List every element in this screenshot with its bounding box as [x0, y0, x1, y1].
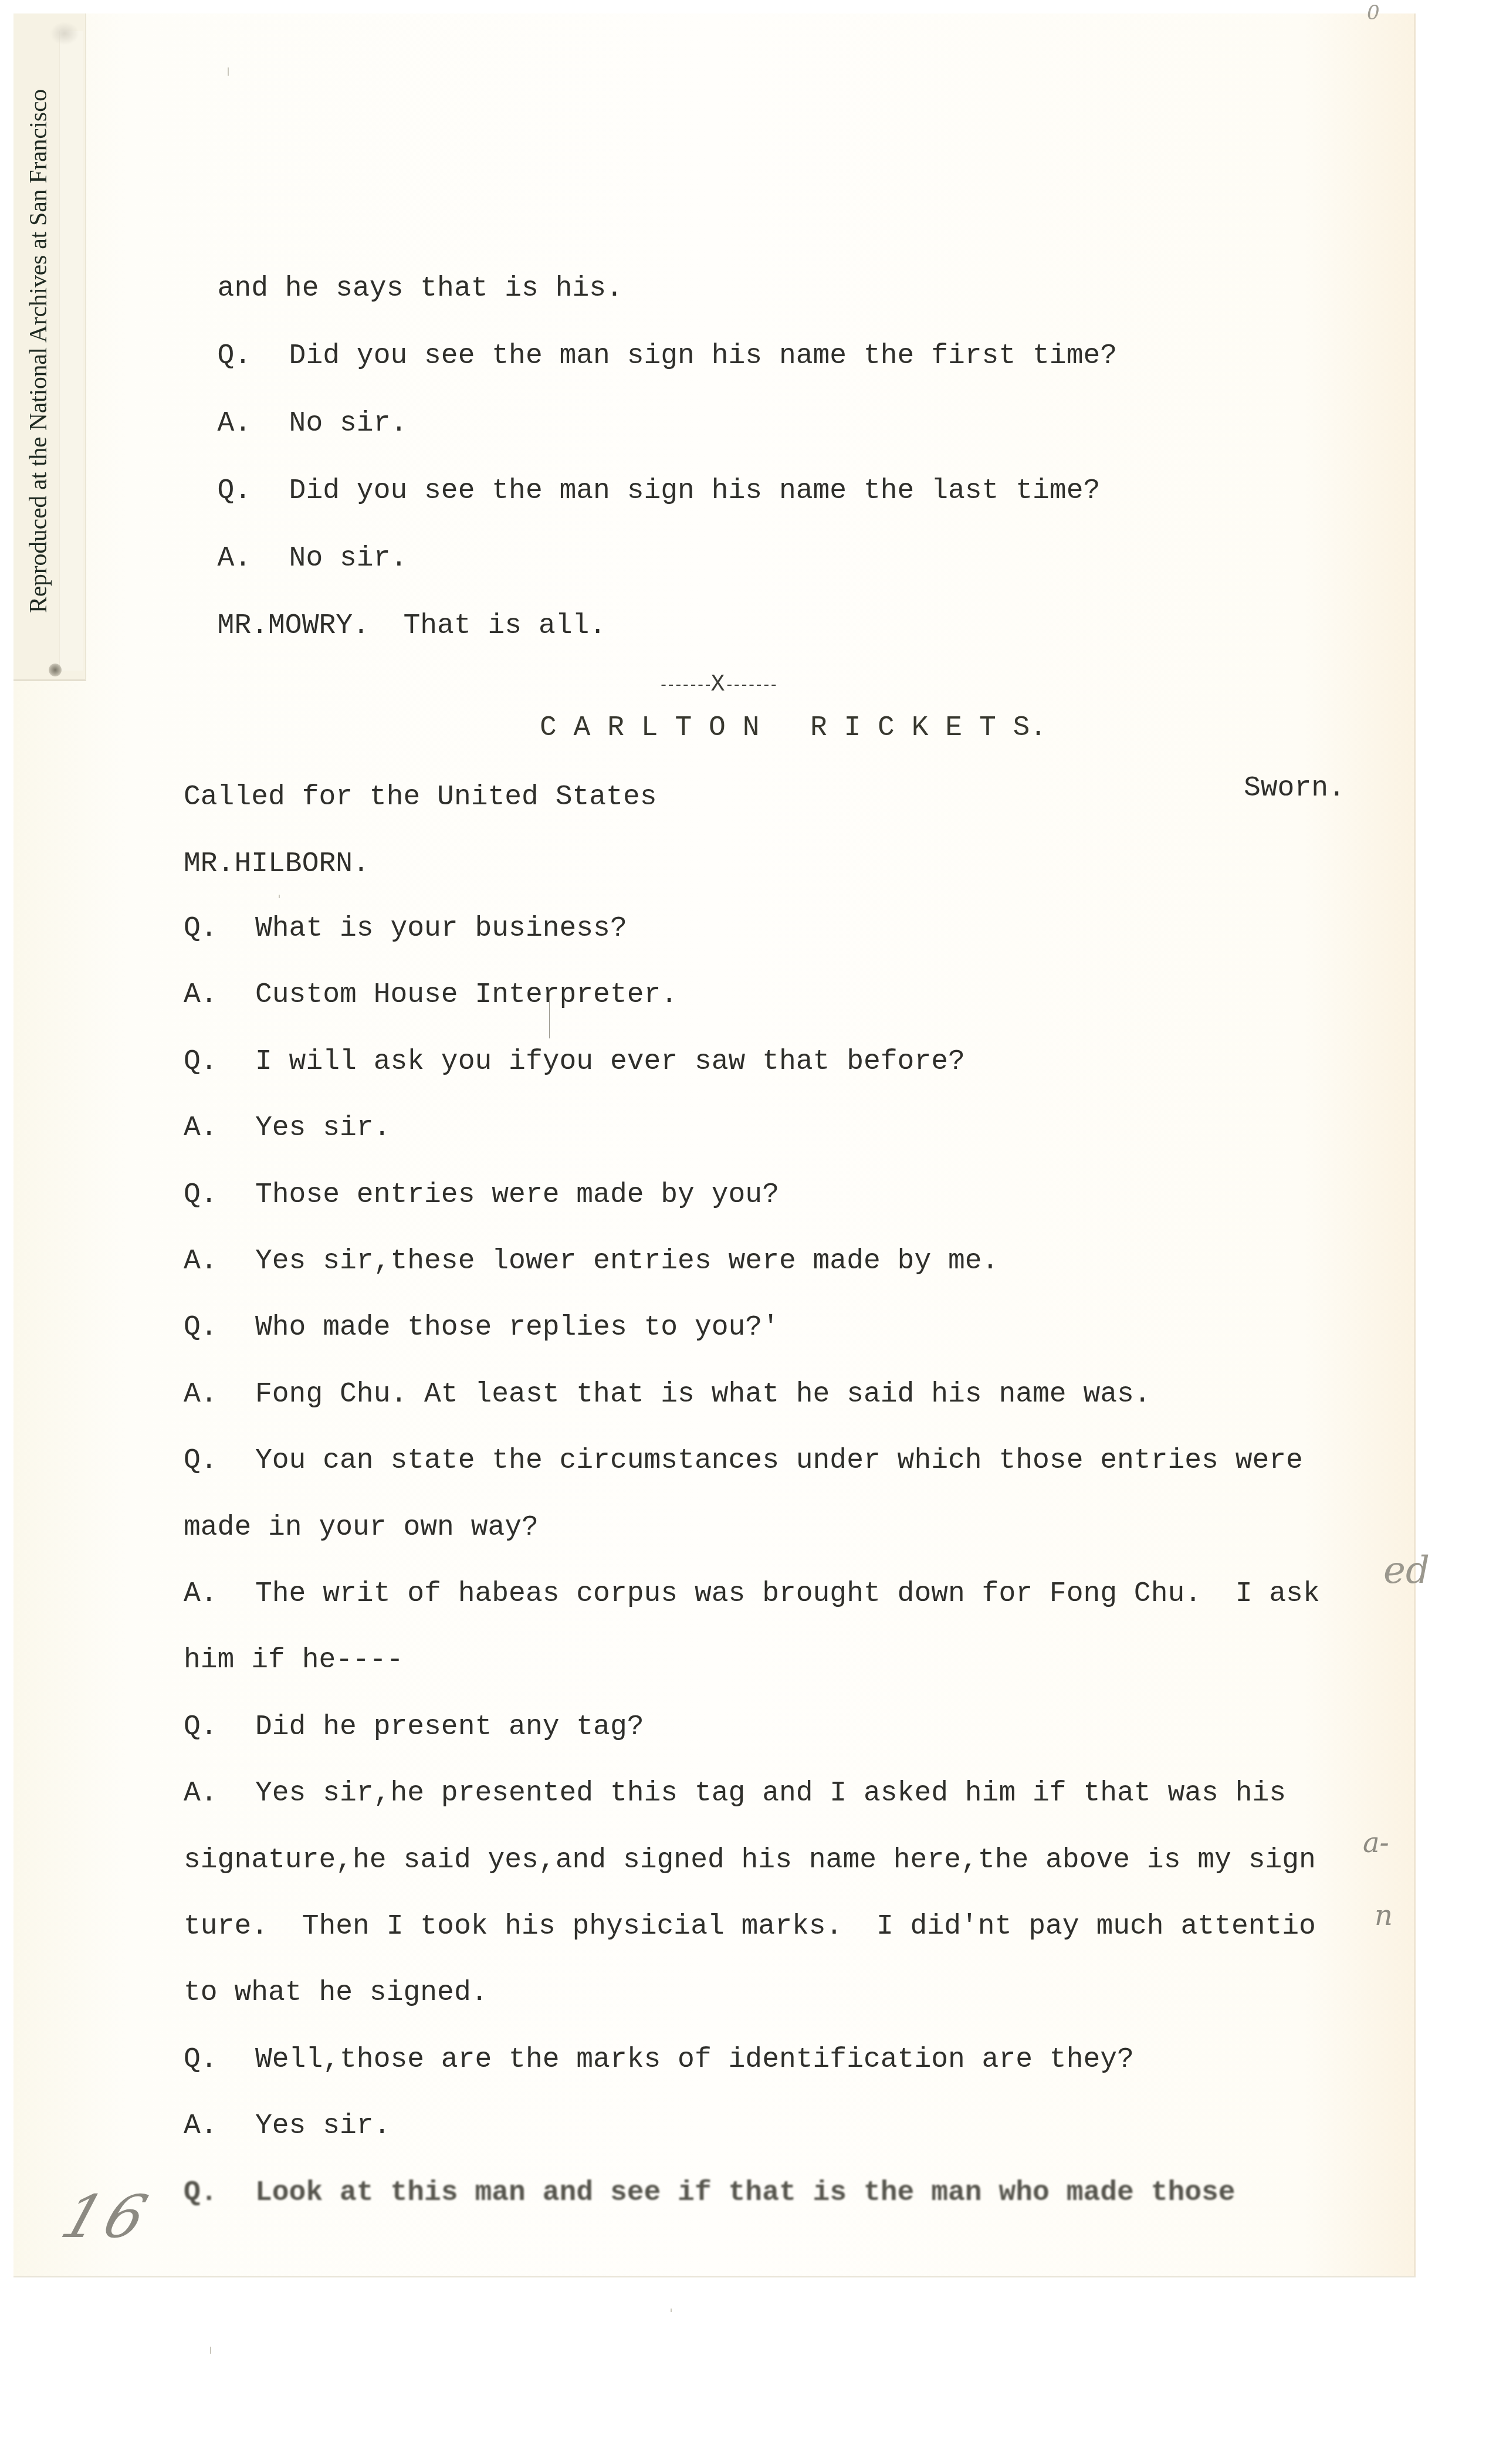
transcript-line: made in your own way?	[184, 1514, 539, 1542]
line-label: A.	[184, 2112, 255, 2140]
line-text: Did you see the man sign his name the fi…	[289, 340, 1117, 372]
line-text: Well,those are the marks of identificati…	[255, 2044, 1134, 2076]
line-label: Q.	[218, 342, 289, 370]
section-separator: -------X-------	[644, 657, 777, 696]
line-label: Q.	[184, 2046, 255, 2074]
line-label: A.	[184, 1779, 255, 1808]
pencil-corner-mark: 0	[1367, 1, 1380, 25]
transcript-line: to what he signed.	[184, 1979, 488, 2007]
transcript-line: A.Fong Chu. At least that is what he sai…	[184, 1380, 1151, 1409]
line-text: No sir.	[289, 543, 408, 574]
line-label: Q.	[184, 1447, 255, 1475]
line-label: Q.	[218, 477, 289, 505]
transcript-line: A.Custom House Interpreter.	[184, 981, 678, 1009]
line-label: A.	[184, 1247, 255, 1275]
line-text: ture. Then I took his physicial marks. I…	[184, 1911, 1316, 1942]
pencil-correction-attention: n	[1375, 1899, 1393, 1932]
pencil-correction-asked: ed	[1383, 1549, 1430, 1592]
line-text: Look at this man and see if that is the …	[255, 2177, 1236, 2209]
line-text: him if he----	[184, 1644, 403, 1676]
transcript-line: A.Yes sir.	[184, 1114, 390, 1142]
archive-stamp-text: Reproduced at the National Archives at S…	[25, 82, 53, 613]
transcript-line: Q.Did he present any tag?	[184, 1713, 644, 1741]
transcript-line: Q.Look at this man and see if that is th…	[184, 2179, 1236, 2207]
line-text: Fong Chu. At least that is what he said …	[255, 1379, 1151, 1410]
line-label: A.	[184, 1380, 255, 1409]
transcript-line: A.Yes sir,these lower entries were made …	[184, 1247, 999, 1275]
line-label: A.	[184, 1580, 255, 1608]
line-label: Q.	[184, 2179, 255, 2207]
line-text: and he says that is his.	[218, 273, 623, 304]
line-label: Q.	[184, 1314, 255, 1342]
separator-dashes-left: -------	[659, 676, 710, 694]
speck	[671, 2309, 672, 2312]
transcript-line: Q.Who made those replies to you?'	[184, 1314, 779, 1342]
line-label: A.	[184, 1114, 255, 1142]
line-text: You can state the circumstances under wh…	[255, 1445, 1303, 1477]
transcript-line: A.No sir.	[184, 516, 407, 573]
line-text: to what he signed.	[184, 1977, 488, 2009]
transcript-line: and he says that is his.	[184, 246, 623, 303]
transcript-line: him if he----	[184, 1646, 403, 1674]
witness-heading: C A R L T O N R I C K E T S.	[540, 714, 1047, 742]
line-text: Yes sir,these lower entries were made by…	[255, 1245, 999, 1277]
pencil-correction-signa: a-	[1363, 1826, 1389, 1859]
transcript-line: signature,he said yes,and signed his nam…	[184, 1846, 1316, 1874]
transcript-line: A.Yes sir.	[184, 2112, 390, 2140]
speck	[228, 67, 229, 76]
line-text: Yes sir,he presented this tag and I aske…	[255, 1778, 1286, 1809]
line-text: Who made those replies to you?'	[255, 1312, 779, 1343]
line-text: No sir.	[289, 408, 408, 439]
speck	[279, 895, 280, 898]
transcript-line: A.Yes sir,he presented this tag and I as…	[184, 1779, 1286, 1808]
smudge-mark	[49, 664, 62, 676]
line-text: Yes sir.	[255, 2110, 390, 2142]
called-line: Called for the United States	[184, 783, 657, 811]
line-text: Custom House Interpreter.	[255, 979, 678, 1011]
smudge-mark	[50, 22, 79, 45]
line-text: Did you see the man sign his name the la…	[289, 475, 1101, 507]
speck	[210, 2347, 211, 2354]
tape-edge	[59, 31, 83, 671]
line-text: The writ of habeas corpus was brought do…	[255, 1578, 1320, 1610]
separator-x-mark: X	[710, 672, 725, 698]
separator-dashes-right: -------	[725, 676, 776, 694]
transcript-line: Q.Those entries were made by you?	[184, 1181, 779, 1209]
transcript-line: ture. Then I took his physicial marks. I…	[184, 1913, 1316, 1941]
transcript-line: A.No sir.	[184, 381, 407, 438]
line-text: I will ask you ifyou ever saw that befor…	[255, 1046, 965, 1078]
line-text: signature,he said yes,and signed his nam…	[184, 1844, 1316, 1876]
transcript-line: MR.MOWRY. That is all.	[184, 584, 606, 640]
transcript-line: Q.You can state the circumstances under …	[184, 1447, 1303, 1475]
transcript-line: Q.Well,those are the marks of identifica…	[184, 2046, 1134, 2074]
examiner-line: MR.HILBORN.	[184, 850, 370, 878]
line-label: A.	[218, 544, 289, 573]
pencil-stroke	[549, 991, 550, 1038]
line-text: What is your business?	[255, 913, 627, 945]
transcript-line: A.The writ of habeas corpus was brought …	[184, 1580, 1320, 1608]
transcript-line: Q.Did you see the man sign his name the …	[184, 314, 1117, 370]
transcript-line: Q.I will ask you ifyou ever saw that bef…	[184, 1048, 965, 1076]
line-text: Did he present any tag?	[255, 1711, 644, 1743]
line-label: A.	[184, 981, 255, 1009]
line-label: A.	[218, 409, 289, 438]
line-text: Yes sir.	[255, 1112, 390, 1144]
transcript-line: Q.What is your business?	[184, 915, 627, 943]
line-label: Q.	[184, 1181, 255, 1209]
line-label: Q.	[184, 915, 255, 943]
line-label: Q.	[184, 1048, 255, 1076]
line-text: MR.MOWRY. That is all.	[218, 610, 607, 642]
transcript-line: Q.Did you see the man sign his name the …	[184, 449, 1100, 505]
line-text: made in your own way?	[184, 1512, 539, 1544]
line-text: Those entries were made by you?	[255, 1179, 779, 1211]
line-label: Q.	[184, 1713, 255, 1741]
sworn-label: Sworn.	[1244, 774, 1345, 803]
